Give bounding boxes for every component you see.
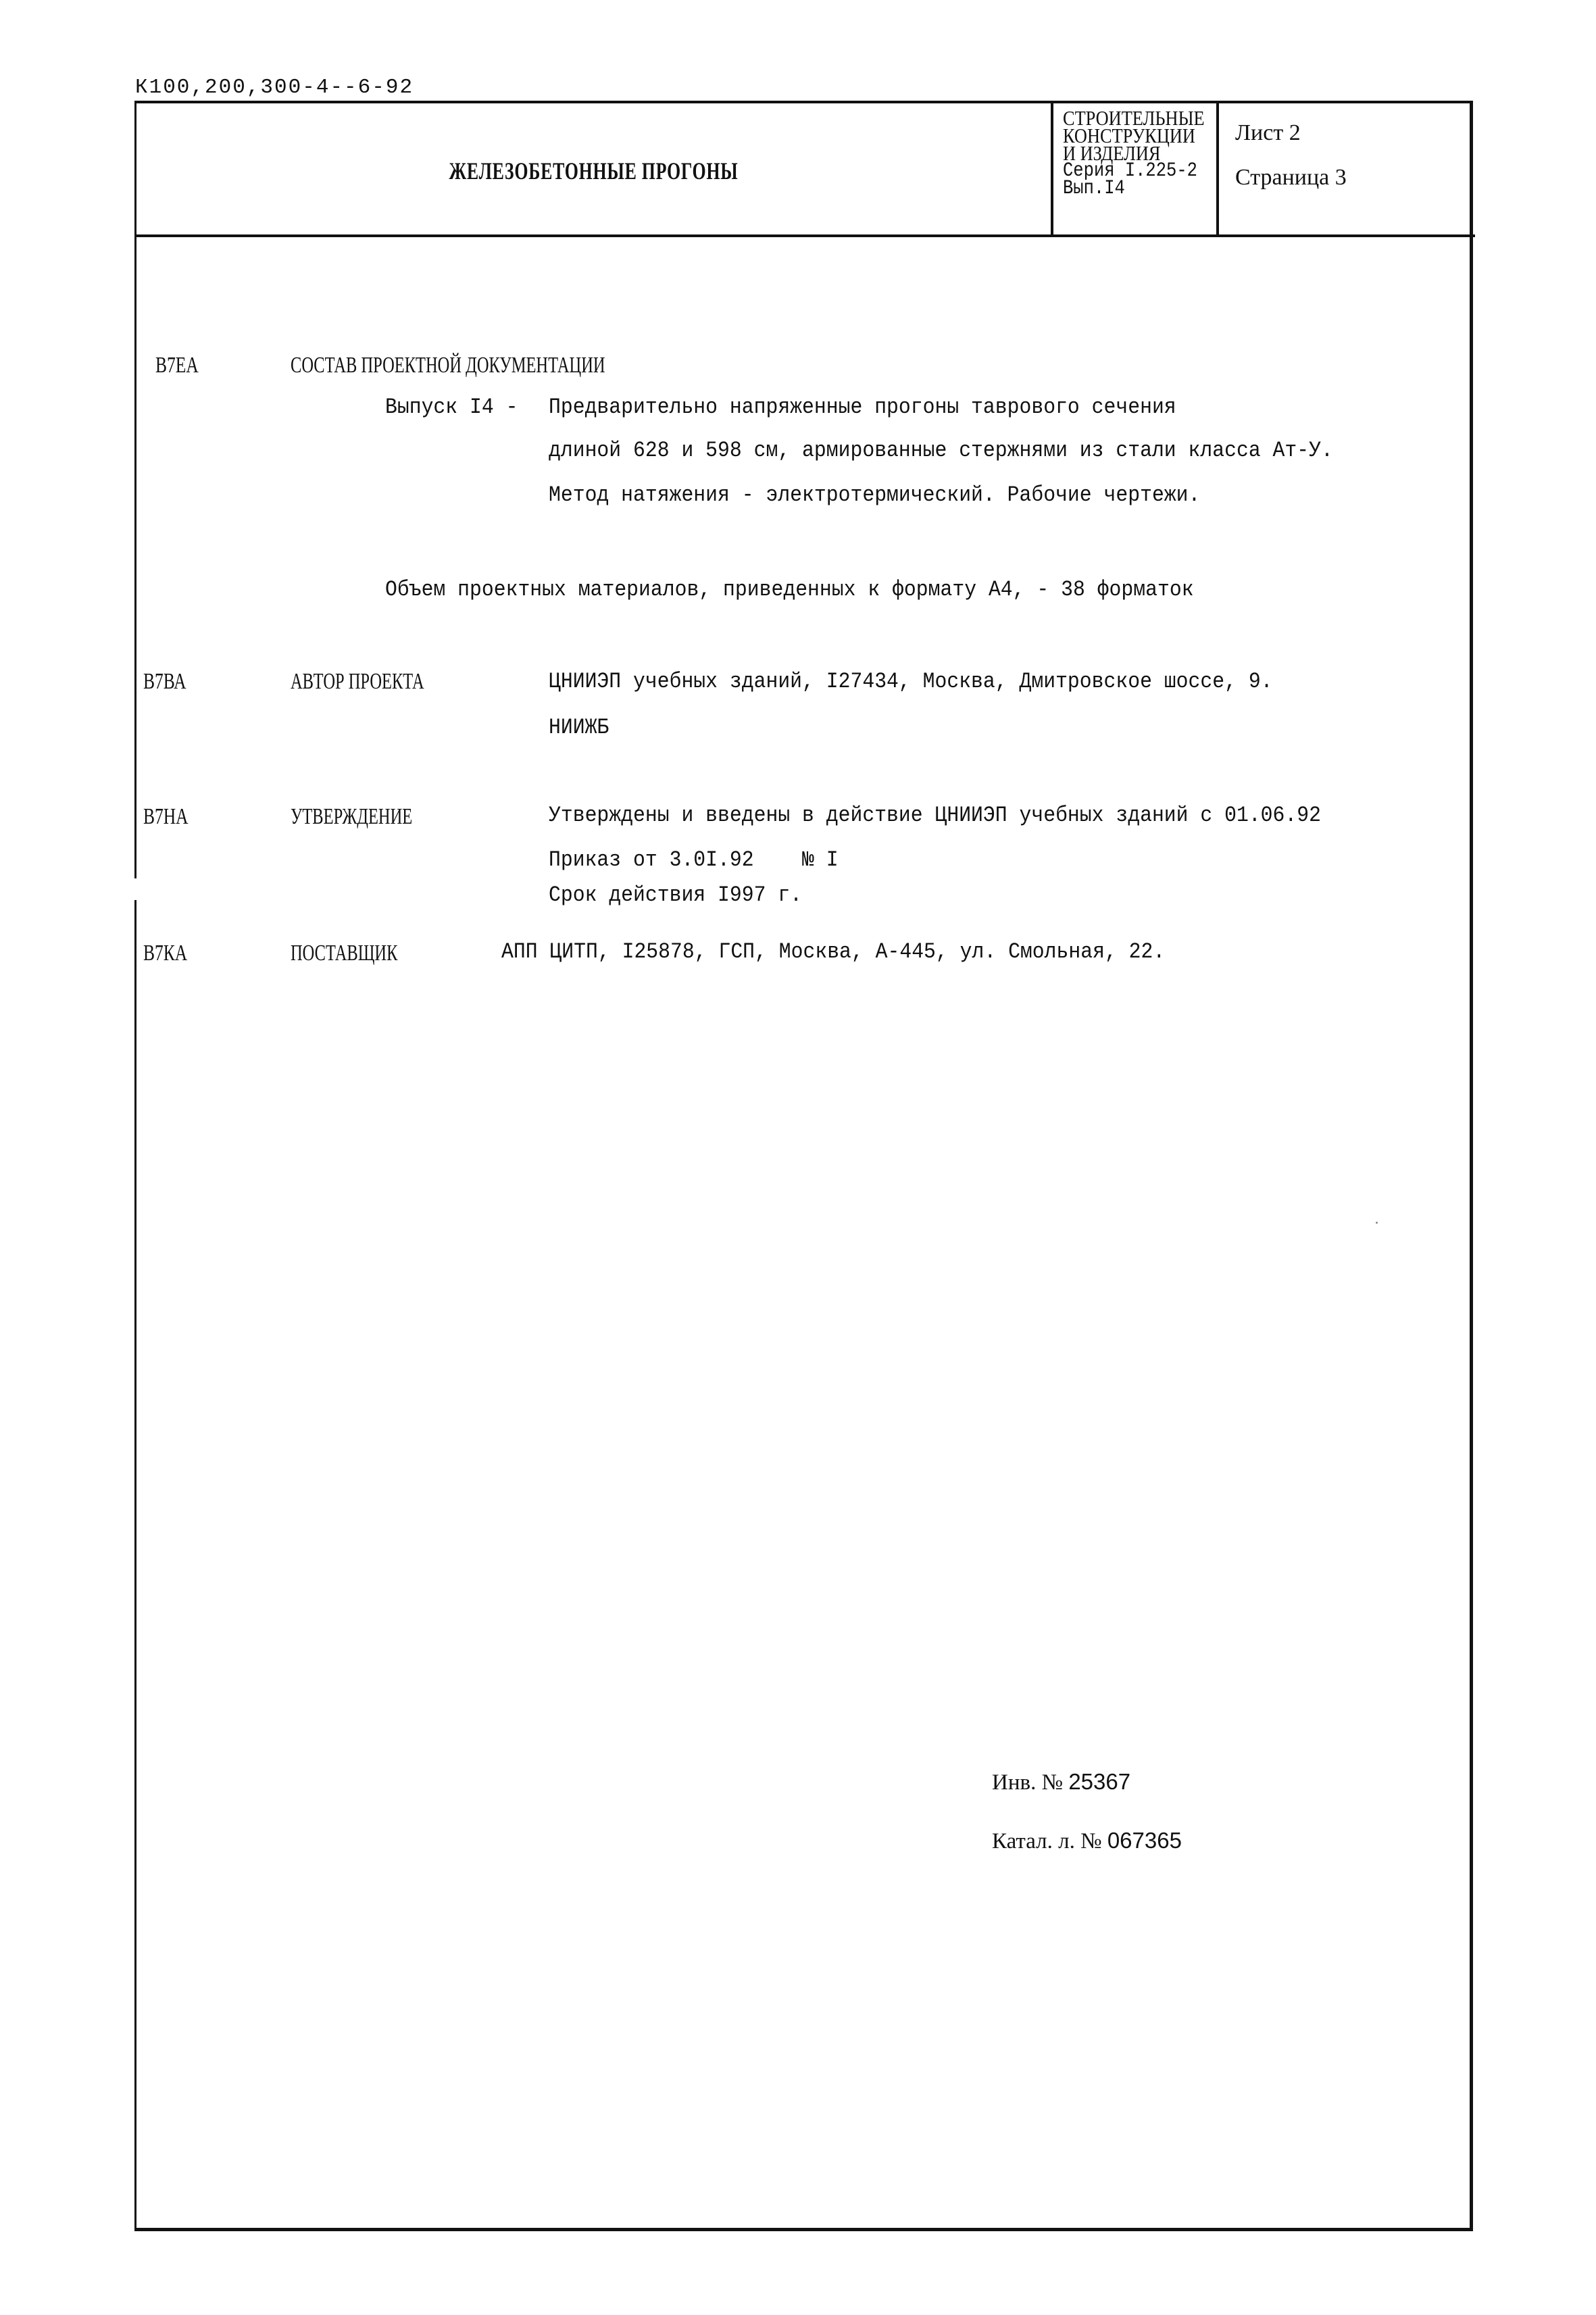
scan-speck <box>1376 1222 1378 1224</box>
border-scan-gap <box>133 878 139 900</box>
sheet-info: Лист 2 Страница 3 <box>1235 120 1347 209</box>
document-code: К100,200,300-4--6-92 <box>135 76 414 99</box>
catalog-value: 067365 <box>1107 1828 1182 1853</box>
sheet-number: Лист 2 <box>1235 120 1347 146</box>
section-line: Срок действия I997 г. <box>549 882 802 907</box>
section-line: Предварительно напряженные прогоны тавро… <box>549 395 1176 420</box>
inventory-label: Инв. № <box>992 1770 1063 1795</box>
section-line: НИИЖБ <box>549 715 609 740</box>
volume-note: Объем проектных материалов, приведенных … <box>385 577 1194 602</box>
section-label: ПОСТАВЩИК <box>291 941 397 966</box>
issue-prefix: Выпуск I4 - <box>385 395 518 420</box>
document-title: ЖЕЛЕЗОБЕТОННЫЕ ПРОГОНЫ <box>264 157 924 185</box>
section-code: В7НА <box>143 804 189 830</box>
series-line: Вып.I4 <box>1063 180 1205 197</box>
page-frame <box>134 101 1473 2231</box>
section-label: СОСТАВ ПРОЕКТНОЙ ДОКУМЕНТАЦИИ <box>291 353 605 378</box>
section-label: АВТОР ПРОЕКТА <box>291 669 424 695</box>
catalog-number: Катал. л. № 067365 <box>992 1828 1182 1854</box>
inventory-number: Инв. № 25367 <box>992 1769 1130 1795</box>
section-line: Метод натяжения - электротермический. Ра… <box>549 482 1200 507</box>
header-divider-line <box>134 234 1475 237</box>
section-code: В7КА <box>143 941 187 966</box>
page-number: Страница 3 <box>1235 165 1347 191</box>
catalog-label: Катал. л. № <box>992 1829 1102 1853</box>
series-block: СТРОИТЕЛЬНЫЕ КОНСТРУКЦИИ И ИЗДЕЛИЯ Серия… <box>1063 109 1230 197</box>
section-line: ЦНИИЭП учебных зданий, I27434, Москва, Д… <box>549 669 1273 694</box>
section-line: АПП ЦИТП, I25878, ГСП, Москва, А-445, ул… <box>501 939 1165 964</box>
section-line: Приказ от 3.0I.92 № I <box>549 847 839 872</box>
inventory-value: 25367 <box>1068 1769 1130 1794</box>
section-line: Утверждены и введены в действие ЦНИИЭП у… <box>549 803 1321 828</box>
section-label: УТВЕРЖДЕНИЕ <box>291 804 412 830</box>
section-code: В7ЕА <box>155 353 199 378</box>
header-column-divider-1 <box>1051 101 1053 236</box>
section-code: В7ВА <box>143 669 186 695</box>
section-line: длиной 628 и 598 см, армированные стержн… <box>549 438 1333 463</box>
